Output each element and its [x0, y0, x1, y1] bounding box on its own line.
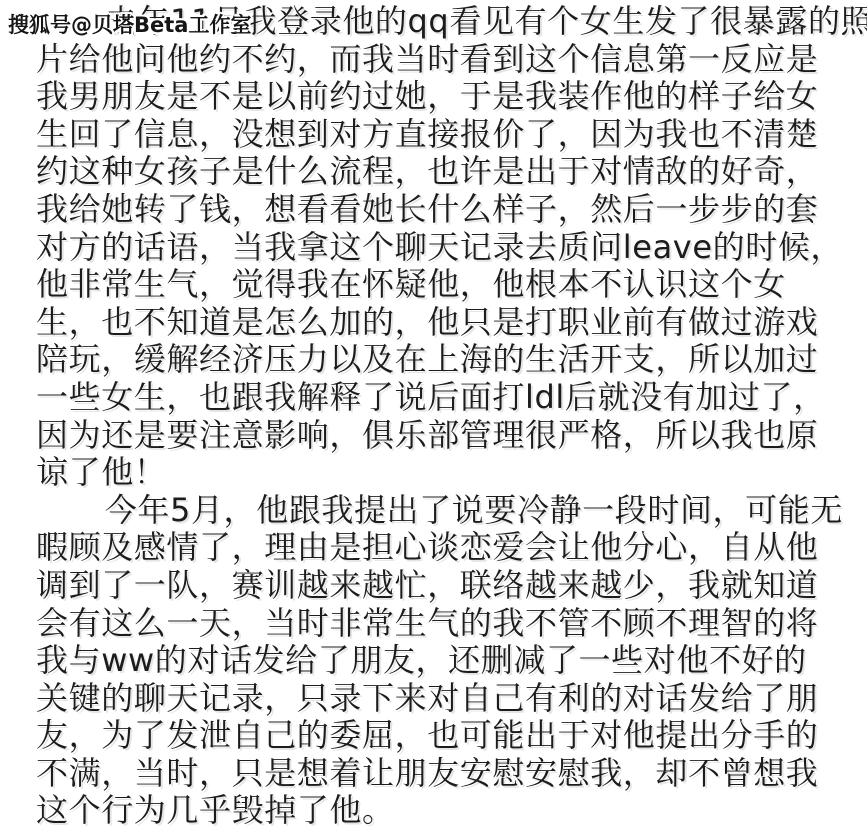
text-line: 因为还是要注意影响，俱乐部管理很严格，所以我也原 — [36, 417, 846, 455]
sohu-account-watermark: 搜狐号@贝塔Beta工作室 — [8, 9, 251, 39]
text-line: 暇顾及感情了，理由是担心谈恋爱会让他分心，自从他 — [36, 529, 846, 567]
paragraph-2: 今年5月，他跟我提出了说要冷静一段时间，可能无暇顾及感情了，理由是担心谈恋爱会让… — [36, 492, 846, 830]
text-line: 我给她转了钱，想看看她长什么样子，然后一步步的套 — [36, 191, 846, 229]
text-line: 谅了他！ — [36, 454, 846, 492]
text-line: 会有这么一天，当时非常生气的我不管不顾不理智的将 — [36, 605, 846, 643]
text-line: 一些女生，也跟我解释了说后面打ldl后就没有加过了， — [36, 379, 846, 417]
text-line: 陪玩，缓解经济压力以及在上海的生活开支，所以加过 — [36, 341, 846, 379]
text-line: 友，为了发泄自己的委屈，也可能出于对他提出分手的 — [36, 717, 846, 755]
text-line: 生回了信息，没想到对方直接报价了，因为我也不清楚 — [36, 116, 846, 154]
text-line: 不满，当时，只是想着让朋友安慰安慰我，却不曾想我 — [36, 755, 846, 793]
text-line: 对方的话语，当我拿这个聊天记录去质问leave的时候， — [36, 229, 846, 267]
article-page: 搜狐号@贝塔Beta工作室 去年11月我登录他的qq看见有个女生发了很暴露的照片… — [0, 0, 867, 840]
text-line: 我与ww的对话发给了朋友，还删减了一些对他不好的 — [36, 642, 846, 680]
text-line: 片给他问他约不约，而我当时看到这个信息第一反应是 — [36, 41, 846, 79]
paragraph-1: 去年11月我登录他的qq看见有个女生发了很暴露的照片给他问他约不约，而我当时看到… — [36, 3, 846, 492]
article-body-text: 去年11月我登录他的qq看见有个女生发了很暴露的照片给他问他约不约，而我当时看到… — [36, 3, 846, 830]
text-line: 生，也不知道是怎么加的，他只是打职业前有做过游戏 — [36, 304, 846, 342]
text-line: 这个行为几乎毁掉了他。 — [36, 792, 846, 830]
text-line: 我男朋友是不是以前约过她，于是我装作他的样子给女 — [36, 78, 846, 116]
text-line: 调到了一队，赛训越来越忙，联络越来越少，我就知道 — [36, 567, 846, 605]
text-line: 他非常生气，觉得我在怀疑他，他根本不认识这个女 — [36, 266, 846, 304]
text-line: 关键的聊天记录，只录下来对自己有利的对话发给了朋 — [36, 680, 846, 718]
text-line: 今年5月，他跟我提出了说要冷静一段时间，可能无 — [36, 492, 846, 530]
text-line: 约这种女孩子是什么流程，也许是出于对情敌的好奇， — [36, 153, 846, 191]
